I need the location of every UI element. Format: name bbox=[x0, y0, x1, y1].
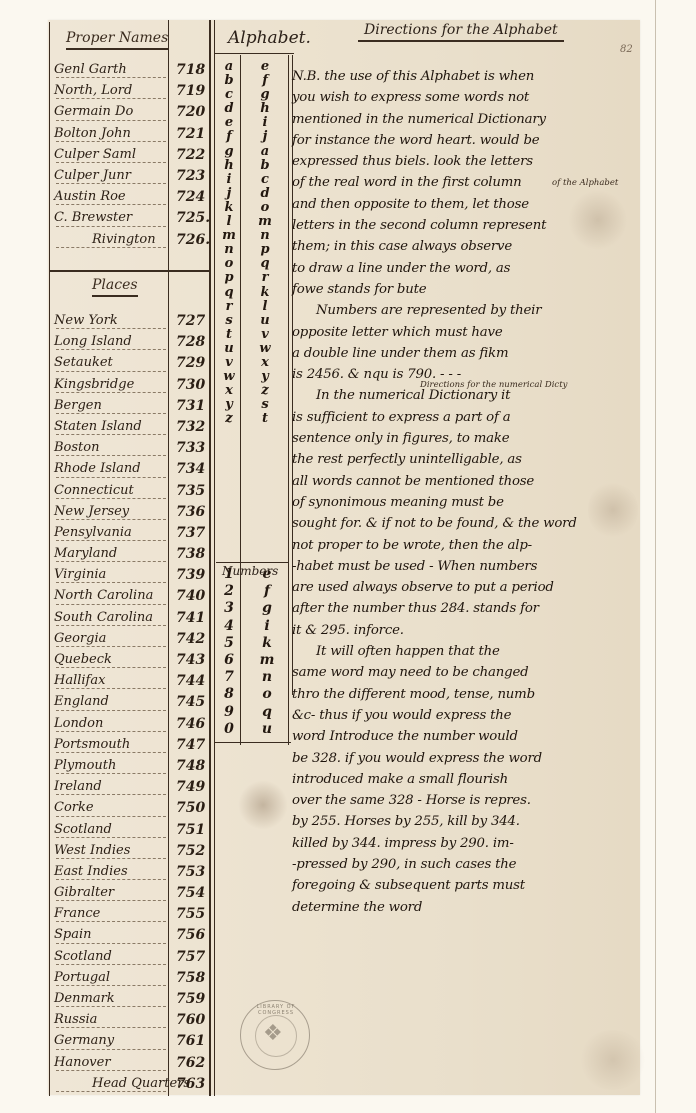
index-entry: Rivington726. bbox=[52, 232, 212, 253]
leader-dots bbox=[56, 837, 166, 838]
alphabet-plain-column: abcdefghijklmnopqrstuvwxyz bbox=[214, 60, 244, 426]
rule-alpha-end bbox=[215, 742, 291, 743]
leader-dots bbox=[56, 816, 166, 817]
index-entry-code: 749 bbox=[176, 779, 205, 795]
index-entry-code: 723 bbox=[176, 168, 205, 184]
leader-dots bbox=[56, 879, 166, 880]
index-entry-code: 732 bbox=[176, 419, 205, 435]
alphabet-plain-letter: m bbox=[214, 229, 244, 243]
index-entry: Hanover762 bbox=[52, 1055, 212, 1076]
index-entry-name: Culper Junr bbox=[54, 168, 131, 183]
index-entry-name: Virginia bbox=[54, 567, 106, 582]
directions-line: sentence only in figures, to make bbox=[292, 428, 637, 449]
index-entry: Ireland749 bbox=[52, 779, 212, 800]
alphabet-plain-letter: t bbox=[214, 328, 244, 342]
index-entry-name: Scotland bbox=[54, 822, 112, 837]
index-entry-name: Hanover bbox=[54, 1055, 111, 1070]
directions-line: is sufficient to express a part of a bbox=[292, 407, 637, 428]
index-entry-code: 760 bbox=[176, 1012, 205, 1028]
interlinear-note-dictionary: Directions for the numerical Dicty bbox=[420, 380, 567, 390]
index-entry: C. Brewster725. bbox=[52, 210, 212, 231]
directions-line: the rest perfectly unintelligable, as bbox=[292, 449, 637, 470]
index-entry: Long Island728 bbox=[52, 334, 212, 355]
leader-dots bbox=[56, 667, 166, 668]
index-entry-code: 722 bbox=[176, 147, 205, 163]
index-entry-code: 756 bbox=[176, 927, 205, 943]
index-entry-name: Spain bbox=[54, 927, 92, 942]
directions-line: after the number thus 284. stands for bbox=[292, 598, 637, 619]
alphabet-cipher-letter: x bbox=[250, 356, 280, 370]
index-entry-code: 755 bbox=[176, 906, 205, 922]
index-entry: North, Lord719 bbox=[52, 83, 212, 104]
alphabet-plain-letter: p bbox=[214, 271, 244, 285]
number-cipher-letter: g bbox=[252, 600, 282, 617]
alphabet-cipher-letter: l bbox=[250, 300, 280, 314]
index-entry-name: West Indies bbox=[54, 843, 130, 858]
directions-line: are used always observe to put a period bbox=[292, 577, 637, 598]
index-entry-name: Pensylvania bbox=[54, 525, 132, 540]
index-entry-name: France bbox=[54, 906, 100, 921]
alphabet-cipher-letter: i bbox=[250, 116, 280, 130]
number-plain-digit: 0 bbox=[214, 721, 244, 738]
proper-names-heading: Proper Names bbox=[66, 30, 168, 50]
leader-dots bbox=[56, 985, 166, 986]
index-entry: South Carolina741 bbox=[52, 610, 212, 631]
index-entry-code: 737 bbox=[176, 525, 205, 541]
directions-line: mentioned in the numerical Dictionary bbox=[292, 109, 637, 130]
index-entry-name: Gibralter bbox=[54, 885, 114, 900]
leader-dots bbox=[56, 688, 166, 689]
directions-line: Numbers are represented by their bbox=[292, 300, 637, 321]
directions-line: opposite letter which must have bbox=[292, 322, 637, 343]
index-entry-name: Hallifax bbox=[54, 673, 105, 688]
index-entry-name: Genl Garth bbox=[54, 62, 127, 77]
directions-line: thro the different mood, tense, numb bbox=[292, 684, 637, 705]
index-entry-code: 746 bbox=[176, 716, 205, 732]
alphabet-cipher-letter: v bbox=[250, 328, 280, 342]
index-entry-name: Maryland bbox=[54, 546, 117, 561]
index-entry: Quebeck743 bbox=[52, 652, 212, 673]
leader-dots bbox=[56, 392, 166, 393]
alphabet-cipher-letter: g bbox=[250, 88, 280, 102]
index-entry-name: Setauket bbox=[54, 355, 113, 370]
directions-line: -habet must be used - When numbers bbox=[292, 556, 637, 577]
alphabet-plain-letter: f bbox=[214, 130, 244, 144]
index-entry-code: 718 bbox=[176, 62, 205, 78]
directions-line: same word may need to be changed bbox=[292, 662, 637, 683]
number-cipher-letter: e bbox=[252, 566, 282, 583]
leader-dots bbox=[56, 98, 166, 99]
directions-text: N.B. the use of this Alphabet is whenyou… bbox=[292, 66, 637, 918]
alphabet-cipher-letter: j bbox=[250, 130, 280, 144]
index-entry-code: 728 bbox=[176, 334, 205, 350]
alphabet-plain-letter: i bbox=[214, 173, 244, 187]
index-entry-code: 738 bbox=[176, 546, 205, 562]
leader-dots bbox=[56, 183, 166, 184]
index-entry-code: 727 bbox=[176, 313, 205, 329]
ink-stain bbox=[578, 1030, 648, 1090]
directions-line: expressed thus biels. look the letters bbox=[292, 151, 637, 172]
leader-dots bbox=[56, 646, 166, 647]
index-entry-code: 742 bbox=[176, 631, 205, 647]
index-entry-code: 754 bbox=[176, 885, 205, 901]
index-entry-name: Rhode Island bbox=[54, 461, 141, 476]
number-cipher-letter: o bbox=[252, 686, 282, 703]
index-entry: Denmark759 bbox=[52, 991, 212, 1012]
rule-alpha-right bbox=[288, 55, 289, 745]
index-entry: Boston733 bbox=[52, 440, 212, 461]
leader-dots bbox=[56, 943, 166, 944]
index-entry-code: 740 bbox=[176, 588, 205, 604]
leader-dots bbox=[56, 964, 166, 965]
index-entry-name: Rivington bbox=[92, 232, 156, 247]
ink-stain bbox=[238, 780, 288, 830]
index-entry-name: Germain Do bbox=[54, 104, 133, 119]
index-entry: Germany761 bbox=[52, 1033, 212, 1054]
leader-dots bbox=[56, 349, 166, 350]
number-cipher-letter: u bbox=[252, 721, 282, 738]
alphabet-plain-letter: g bbox=[214, 145, 244, 159]
leader-dots bbox=[56, 1070, 166, 1071]
alphabet-plain-letter: z bbox=[214, 412, 244, 426]
alphabet-plain-letter: u bbox=[214, 342, 244, 356]
directions-line: not proper to be wrote, then the alp- bbox=[292, 535, 637, 556]
rule-names-end bbox=[50, 270, 210, 272]
number-cipher-letter: q bbox=[252, 704, 282, 721]
index-entry: North Carolina740 bbox=[52, 588, 212, 609]
index-entry: Head Quarters763 bbox=[52, 1076, 212, 1097]
leader-dots bbox=[56, 455, 166, 456]
number-cipher-letter: n bbox=[252, 669, 282, 686]
alphabet-plain-letter: s bbox=[214, 314, 244, 328]
index-entry-name: North, Lord bbox=[54, 83, 132, 98]
number-plain-digit: 5 bbox=[214, 635, 244, 652]
leader-dots bbox=[56, 371, 166, 372]
alphabet-plain-letter: e bbox=[214, 116, 244, 130]
leader-dots bbox=[56, 1006, 166, 1007]
index-entry: West Indies752 bbox=[52, 843, 212, 864]
index-entry: Kingsbridge730 bbox=[52, 377, 212, 398]
index-entry: Germain Do720 bbox=[52, 104, 212, 125]
index-entry: Hallifax744 bbox=[52, 673, 212, 694]
number-plain-digit: 4 bbox=[214, 618, 244, 635]
index-entry: Plymouth748 bbox=[52, 758, 212, 779]
index-entry: Connecticut735 bbox=[52, 483, 212, 504]
leader-dots bbox=[56, 519, 166, 520]
leader-dots bbox=[56, 141, 166, 142]
directions-line: foregoing & subsequent parts must bbox=[292, 875, 637, 896]
rule-alpha-head bbox=[214, 53, 294, 54]
index-entry-code: 743 bbox=[176, 652, 205, 668]
index-entry: Spain756 bbox=[52, 927, 212, 948]
alphabet-cipher-letter: h bbox=[250, 102, 280, 116]
index-entry-code: 725. bbox=[176, 210, 210, 226]
directions-line: to draw a line under the word, as bbox=[292, 258, 637, 279]
leader-dots bbox=[56, 120, 166, 121]
leader-dots bbox=[56, 604, 166, 605]
directions-line: a double line under them as fikm bbox=[292, 343, 637, 364]
index-entry-name: London bbox=[54, 716, 103, 731]
index-entry-code: 734 bbox=[176, 461, 205, 477]
index-entry: Maryland738 bbox=[52, 546, 212, 567]
alphabet-plain-letter: w bbox=[214, 370, 244, 384]
directions-line: introduced make a small flourish bbox=[292, 769, 637, 790]
alphabet-cipher-letter: s bbox=[250, 398, 280, 412]
index-entry-name: Portsmouth bbox=[54, 737, 130, 752]
index-entry: Pensylvania737 bbox=[52, 525, 212, 546]
index-entry-name: South Carolina bbox=[54, 610, 153, 625]
number-plain-digit: 3 bbox=[214, 600, 244, 617]
leader-dots bbox=[56, 794, 166, 795]
directions-line: you wish to express some words not bbox=[292, 87, 637, 108]
index-entry-code: 744 bbox=[176, 673, 205, 689]
index-entry-name: Quebeck bbox=[54, 652, 112, 667]
directions-line: by 255. Horses by 255, kill by 344. bbox=[292, 811, 637, 832]
alphabet-cipher-letter: u bbox=[250, 314, 280, 328]
index-entry: Culper Junr723 bbox=[52, 168, 212, 189]
index-entry-name: Russia bbox=[54, 1012, 97, 1027]
places-list: New York727Long Island728Setauket729King… bbox=[52, 313, 212, 1097]
index-entry-code: 735 bbox=[176, 483, 205, 499]
page-number: 82 bbox=[620, 44, 633, 55]
alphabet-cipher-letter: b bbox=[250, 159, 280, 173]
number-plain-digit: 1 bbox=[214, 566, 244, 583]
index-entry: Culper Saml722 bbox=[52, 147, 212, 168]
alphabet-plain-letter: k bbox=[214, 201, 244, 215]
scan-edge-line bbox=[655, 0, 656, 1113]
index-entry-code: 730 bbox=[176, 377, 205, 393]
number-plain-digit: 2 bbox=[214, 583, 244, 600]
index-entry-code: 724 bbox=[176, 189, 205, 205]
rule-numbers-head bbox=[216, 562, 288, 563]
index-entry-name: Georgia bbox=[54, 631, 106, 646]
alphabet-plain-letter: q bbox=[214, 286, 244, 300]
index-entry: Bolton John721 bbox=[52, 126, 212, 147]
leader-dots bbox=[56, 710, 166, 711]
eagle-seal-icon: ❖ bbox=[263, 1021, 283, 1046]
index-entry-name: Staten Island bbox=[54, 419, 142, 434]
index-entry-code: 761 bbox=[176, 1033, 205, 1049]
index-entry-code: 762 bbox=[176, 1055, 205, 1071]
alphabet-cipher-letter: r bbox=[250, 271, 280, 285]
index-entry: Virginia739 bbox=[52, 567, 212, 588]
alphabet-plain-letter: j bbox=[214, 187, 244, 201]
index-entry-name: Bergen bbox=[54, 398, 102, 413]
index-entry-name: Germany bbox=[54, 1033, 114, 1048]
index-entry-code: 720 bbox=[176, 104, 205, 120]
leader-dots bbox=[56, 1091, 166, 1092]
index-entry-name: New York bbox=[54, 313, 118, 328]
library-stamp: LIBRARY OF CONGRESS ❖ bbox=[240, 1000, 310, 1070]
alphabet-plain-letter: l bbox=[214, 215, 244, 229]
index-entry: Scotland751 bbox=[52, 822, 212, 843]
leader-dots bbox=[56, 77, 166, 78]
leader-dots bbox=[56, 498, 166, 499]
index-entry-name: C. Brewster bbox=[54, 210, 132, 225]
index-entry-code: 739 bbox=[176, 567, 205, 583]
number-cipher-letter: f bbox=[252, 583, 282, 600]
directions-line: determine the word bbox=[292, 897, 637, 918]
index-entry: Portugal758 bbox=[52, 970, 212, 991]
alphabet-plain-letter: y bbox=[214, 398, 244, 412]
index-entry-name: Connecticut bbox=[54, 483, 134, 498]
index-entry-name: Scotland bbox=[54, 949, 112, 964]
index-entry: New Jersey736 bbox=[52, 504, 212, 525]
leader-dots bbox=[56, 328, 166, 329]
index-entry: Austin Roe724 bbox=[52, 189, 212, 210]
directions-line: of synonimous meaning must be bbox=[292, 492, 637, 513]
index-entry-code: 733 bbox=[176, 440, 205, 456]
index-entry-code: 736 bbox=[176, 504, 205, 520]
alphabet-cipher-letter: o bbox=[250, 201, 280, 215]
leader-dots bbox=[56, 858, 166, 859]
index-entry-code: 719 bbox=[176, 83, 205, 99]
index-entry-code: 731 bbox=[176, 398, 205, 414]
directions-line: all words cannot be mentioned those bbox=[292, 471, 637, 492]
number-plain-digit: 6 bbox=[214, 652, 244, 669]
alphabet-cipher-column: efghijabcdomnpqrkluvwxyzst bbox=[250, 60, 280, 426]
alphabet-plain-letter: v bbox=[214, 356, 244, 370]
leader-dots bbox=[56, 752, 166, 753]
directions-line: and then opposite to them, let those bbox=[292, 194, 637, 215]
index-entry-code: 721 bbox=[176, 126, 205, 142]
index-entry-name: North Carolina bbox=[54, 588, 153, 603]
index-entry-code: 751 bbox=[176, 822, 205, 838]
alphabet-cipher-letter: a bbox=[250, 145, 280, 159]
index-entry: England745 bbox=[52, 694, 212, 715]
index-entry-code: 745 bbox=[176, 694, 205, 710]
index-entry: Corke750 bbox=[52, 800, 212, 821]
alphabet-cipher-letter: e bbox=[250, 60, 280, 74]
index-entry-name: Portugal bbox=[54, 970, 110, 985]
alphabet-cipher-letter: d bbox=[250, 187, 280, 201]
index-entry: Portsmouth747 bbox=[52, 737, 212, 758]
leader-dots bbox=[56, 247, 166, 248]
leader-dots bbox=[56, 731, 166, 732]
alphabet-cipher-letter: c bbox=[250, 173, 280, 187]
directions-heading: Directions for the Alphabet bbox=[358, 22, 564, 42]
directions-line: sought for. & if not to be found, & the … bbox=[292, 513, 637, 534]
number-plain-digit: 9 bbox=[214, 704, 244, 721]
index-entry-code: 726. bbox=[176, 232, 210, 248]
rule-left bbox=[49, 22, 50, 1096]
number-cipher-letter: k bbox=[252, 635, 282, 652]
index-entry: Scotland757 bbox=[52, 949, 212, 970]
leader-dots bbox=[56, 582, 166, 583]
index-entry: France755 bbox=[52, 906, 212, 927]
number-cipher-letter: i bbox=[252, 618, 282, 635]
leader-dots bbox=[56, 540, 166, 541]
directions-line: &c- thus if you would express the bbox=[292, 705, 637, 726]
alphabet-cipher-letter: p bbox=[250, 243, 280, 257]
leader-dots bbox=[56, 413, 166, 414]
index-entry-code: 729 bbox=[176, 355, 205, 371]
index-entry: Georgia742 bbox=[52, 631, 212, 652]
leader-dots bbox=[56, 561, 166, 562]
alphabet-cipher-letter: f bbox=[250, 74, 280, 88]
alphabet-plain-letter: a bbox=[214, 60, 244, 74]
index-entry-name: Boston bbox=[54, 440, 99, 455]
places-heading: Places bbox=[92, 277, 138, 297]
leader-dots bbox=[56, 773, 166, 774]
index-entry-name: New Jersey bbox=[54, 504, 129, 519]
proper-names-list: Genl Garth718North, Lord719Germain Do720… bbox=[52, 62, 212, 253]
index-entry: Setauket729 bbox=[52, 355, 212, 376]
directions-line: -pressed by 290, in such cases the bbox=[292, 854, 637, 875]
index-entry: Genl Garth718 bbox=[52, 62, 212, 83]
index-entry-name: England bbox=[54, 694, 109, 709]
alphabet-cipher-letter: m bbox=[250, 215, 280, 229]
alphabet-plain-letter: d bbox=[214, 102, 244, 116]
index-entry-name: Corke bbox=[54, 800, 94, 815]
index-entry-code: 748 bbox=[176, 758, 205, 774]
alphabet-cipher-letter: y bbox=[250, 370, 280, 384]
alphabet-cipher-letter: q bbox=[250, 257, 280, 271]
directions-line: fowe stands for bute bbox=[292, 279, 637, 300]
index-entry: New York727 bbox=[52, 313, 212, 334]
leader-dots bbox=[56, 477, 166, 478]
index-entry-name: Denmark bbox=[54, 991, 115, 1006]
index-entry-code: 759 bbox=[176, 991, 205, 1007]
leader-dots bbox=[56, 900, 166, 901]
index-entry-name: Culper Saml bbox=[54, 147, 136, 162]
alphabet-cipher-letter: z bbox=[250, 384, 280, 398]
index-entry: Russia760 bbox=[52, 1012, 212, 1033]
number-plain-digit: 7 bbox=[214, 669, 244, 686]
alphabet-heading: Alphabet. bbox=[228, 28, 311, 48]
alphabet-plain-letter: o bbox=[214, 257, 244, 271]
leader-dots bbox=[56, 204, 166, 205]
leader-dots bbox=[56, 921, 166, 922]
index-entry: Bergen731 bbox=[52, 398, 212, 419]
alphabet-plain-letter: x bbox=[214, 384, 244, 398]
index-entry-code: 757 bbox=[176, 949, 205, 965]
index-entry-name: Plymouth bbox=[54, 758, 116, 773]
index-entry-code: 741 bbox=[176, 610, 205, 626]
directions-line: it & 295. inforce. bbox=[292, 620, 637, 641]
number-cipher-letter: m bbox=[252, 652, 282, 669]
index-entry-name: Ireland bbox=[54, 779, 102, 794]
leader-dots bbox=[56, 434, 166, 435]
index-entry: Gibralter754 bbox=[52, 885, 212, 906]
directions-line: word Introduce the number would bbox=[292, 726, 637, 747]
index-entry: East Indies753 bbox=[52, 864, 212, 885]
index-entry-code: 747 bbox=[176, 737, 205, 753]
index-entry: Rhode Island734 bbox=[52, 461, 212, 482]
index-entry-code: 750 bbox=[176, 800, 205, 816]
alphabet-plain-letter: n bbox=[214, 243, 244, 257]
alphabet-plain-letter: h bbox=[214, 159, 244, 173]
number-plain-digit: 8 bbox=[214, 686, 244, 703]
index-entry-code: 752 bbox=[176, 843, 205, 859]
index-entry: London746 bbox=[52, 716, 212, 737]
directions-line: over the same 328 - Horse is repres. bbox=[292, 790, 637, 811]
index-entry: Staten Island732 bbox=[52, 419, 212, 440]
alphabet-cipher-letter: w bbox=[250, 342, 280, 356]
alphabet-plain-letter: b bbox=[214, 74, 244, 88]
index-entry-name: Long Island bbox=[54, 334, 132, 349]
interlinear-note-alphabet: of the Alphabet bbox=[552, 178, 618, 188]
leader-dots bbox=[56, 226, 166, 227]
numbers-cipher-column: efgikmnoqu bbox=[252, 566, 282, 738]
alphabet-plain-letter: r bbox=[214, 300, 244, 314]
leader-dots bbox=[56, 625, 166, 626]
alphabet-cipher-letter: t bbox=[250, 412, 280, 426]
index-entry-code: 753 bbox=[176, 864, 205, 880]
directions-line: letters in the second column represent bbox=[292, 215, 637, 236]
index-entry-name: Austin Roe bbox=[54, 189, 126, 204]
leader-dots bbox=[56, 162, 166, 163]
